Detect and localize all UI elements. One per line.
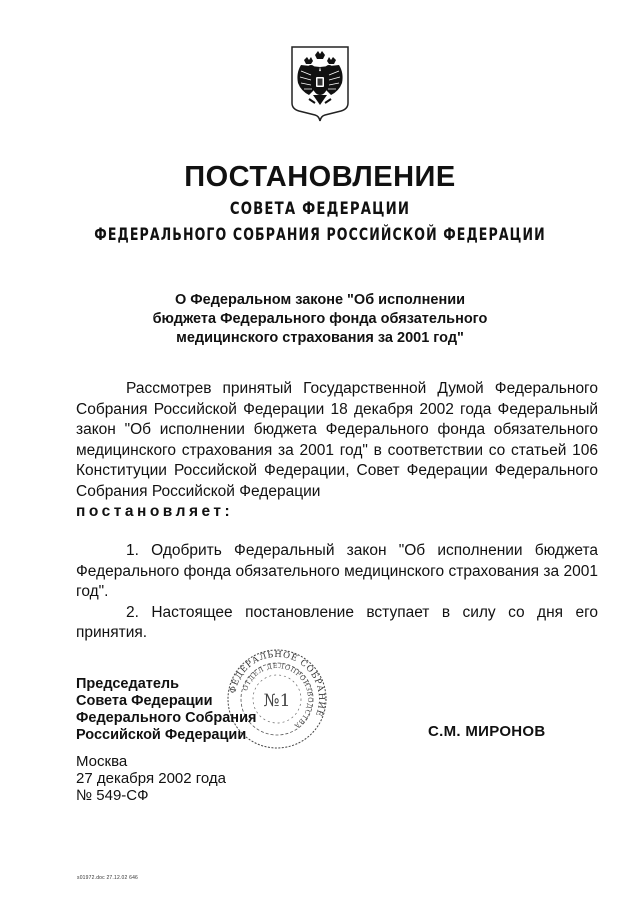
svg-text:№1: №1 <box>264 691 291 711</box>
document-subject: О Федеральном законе "Об исполнении бюдж… <box>0 291 640 348</box>
subject-line-1: О Федеральном законе "Об исполнении <box>0 291 640 310</box>
preamble-text: Рассмотрев принятый Государственной Думо… <box>76 379 598 502</box>
issuing-body-line2: ФЕДЕРАЛЬНОГО СОБРАНИЯ РОССИЙСКОЙ ФЕДЕРАЦ… <box>83 225 557 245</box>
issuing-body-line1: СОВЕТА ФЕДЕРАЦИИ <box>70 199 569 219</box>
subject-line-3: медицинского страхования за 2001 год" <box>0 329 640 348</box>
signatory-position: Председатель Совета Федерации Федерально… <box>76 676 256 744</box>
resolves-word: постановляет: <box>76 502 598 523</box>
resolution-items: 1. Одобрить Федеральный закон "Об исполн… <box>76 541 598 644</box>
resolution-item-2: 2. Настоящее постановление вступает в си… <box>76 603 598 644</box>
file-reference-code: s01972.doc 27.12.02 646 <box>77 875 138 881</box>
position-line-4: Российской Федерации <box>76 727 256 744</box>
place-date-block: Москва 27 декабря 2002 года № 549-СФ <box>76 753 226 804</box>
document-title: ПОСТАНОВЛЕНИЕ <box>0 161 640 194</box>
position-line-1: Председатель <box>76 676 256 693</box>
russian-coat-of-arms-icon <box>289 45 351 123</box>
date: 27 декабря 2002 года <box>76 770 226 787</box>
preamble-paragraph: Рассмотрев принятый Государственной Думо… <box>76 379 598 523</box>
position-line-3: Федерального Собрания <box>76 710 256 727</box>
position-line-2: Совета Федерации <box>76 693 256 710</box>
subject-line-2: бюджета Федерального фонда обязательного <box>0 310 640 329</box>
coat-of-arms-emblem <box>289 45 351 123</box>
signatory-name: С.М. МИРОНОВ <box>428 723 546 740</box>
resolution-item-1: 1. Одобрить Федеральный закон "Об исполн… <box>76 541 598 603</box>
document-number: № 549-СФ <box>76 787 226 804</box>
city: Москва <box>76 753 226 770</box>
